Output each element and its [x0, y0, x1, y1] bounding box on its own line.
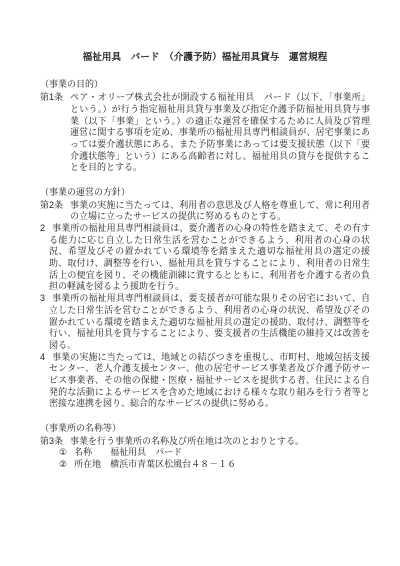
paragraph-text: 事業所の福祉用具専門相談員は、要介護者の心身の特性を踏まえて、その有する能力に応… [49, 223, 370, 291]
paragraph-label: 第1条 [40, 92, 63, 174]
paragraph-label: ① [59, 447, 67, 457]
paragraph: 第1条ペア・オリーブ株式会社が開設する福祉用具 パード（以下、「事業所」という。… [40, 92, 370, 174]
paragraph-text: 事業の実施に当たっては、利用者の意思及び人格を尊重して、常に利用者の立場に立った… [70, 200, 370, 223]
paragraph-label: ② [59, 459, 67, 469]
document-page: 福祉用具 パード （介護予防）福祉用具貸与 運営規程 （事業の目的）第1条ペア・… [0, 0, 400, 566]
paragraph-label: 第3条 [40, 436, 63, 448]
document-section: （事業所の名称等）第3条事業を行う事業所の名称及び所在地は次のとおりとする。①名… [40, 423, 370, 471]
paragraph-text: 事業の実施に当たっては、地域との結びつきを重視し、市町村、地域包括支援センター、… [49, 352, 370, 409]
paragraph: 第3条事業を行う事業所の名称及び所在地は次のとおりとする。 [40, 436, 370, 448]
paragraph-text: 名称 福祉用具 パード [74, 447, 182, 457]
paragraph: 3事業所の福祉用具専門相談員は、要支援者が可能な限りその居宅において、自立した日… [40, 293, 370, 351]
document-section: （事業の運営の方針）第2条事業の実施に当たっては、利用者の意思及び人格を尊重して… [40, 187, 370, 410]
document-body: （事業の目的）第1条ペア・オリーブ株式会社が開設する福祉用具 パード（以下、「事… [40, 79, 370, 470]
paragraph-label: 2 [40, 223, 45, 233]
paragraph-label: 第2条 [40, 200, 63, 223]
document-section: （事業の目的）第1条ペア・オリーブ株式会社が開設する福祉用具 パード（以下、「事… [40, 79, 370, 174]
paragraph: 2事業所の福祉用具専門相談員は、要介護者の心身の特性を踏まえて、その有する能力に… [40, 223, 370, 293]
paragraph-label: 3 [40, 293, 45, 303]
section-heading: （事業の運営の方針） [40, 187, 370, 199]
list-item: ②所在地 横浜市青葉区松風台４８－１６ [40, 459, 370, 471]
paragraph-text: ペア・オリーブ株式会社が開設する福祉用具 パード（以下、「事業所」という。）が行… [70, 92, 370, 174]
paragraph-text: 所在地 横浜市青葉区松風台４８－１６ [74, 459, 236, 469]
list-item: ①名称 福祉用具 パード [40, 447, 370, 459]
paragraph-label: 4 [40, 352, 45, 362]
paragraph: 第2条事業の実施に当たっては、利用者の意思及び人格を尊重して、常に利用者の立場に… [40, 200, 370, 223]
paragraph-text: 事業を行う事業所の名称及び所在地は次のとおりとする。 [70, 436, 370, 448]
document-title: 福祉用具 パード （介護予防）福祉用具貸与 運営規程 [40, 52, 370, 64]
paragraph-text: 事業所の福祉用具専門相談員は、要支援者が可能な限りその居宅において、自立した日常… [49, 293, 370, 350]
section-heading: （事業の目的） [40, 79, 370, 91]
section-heading: （事業所の名称等） [40, 423, 370, 435]
paragraph: 4事業の実施に当たっては、地域との結びつきを重視し、市町村、地域包括支援センター… [40, 352, 370, 410]
